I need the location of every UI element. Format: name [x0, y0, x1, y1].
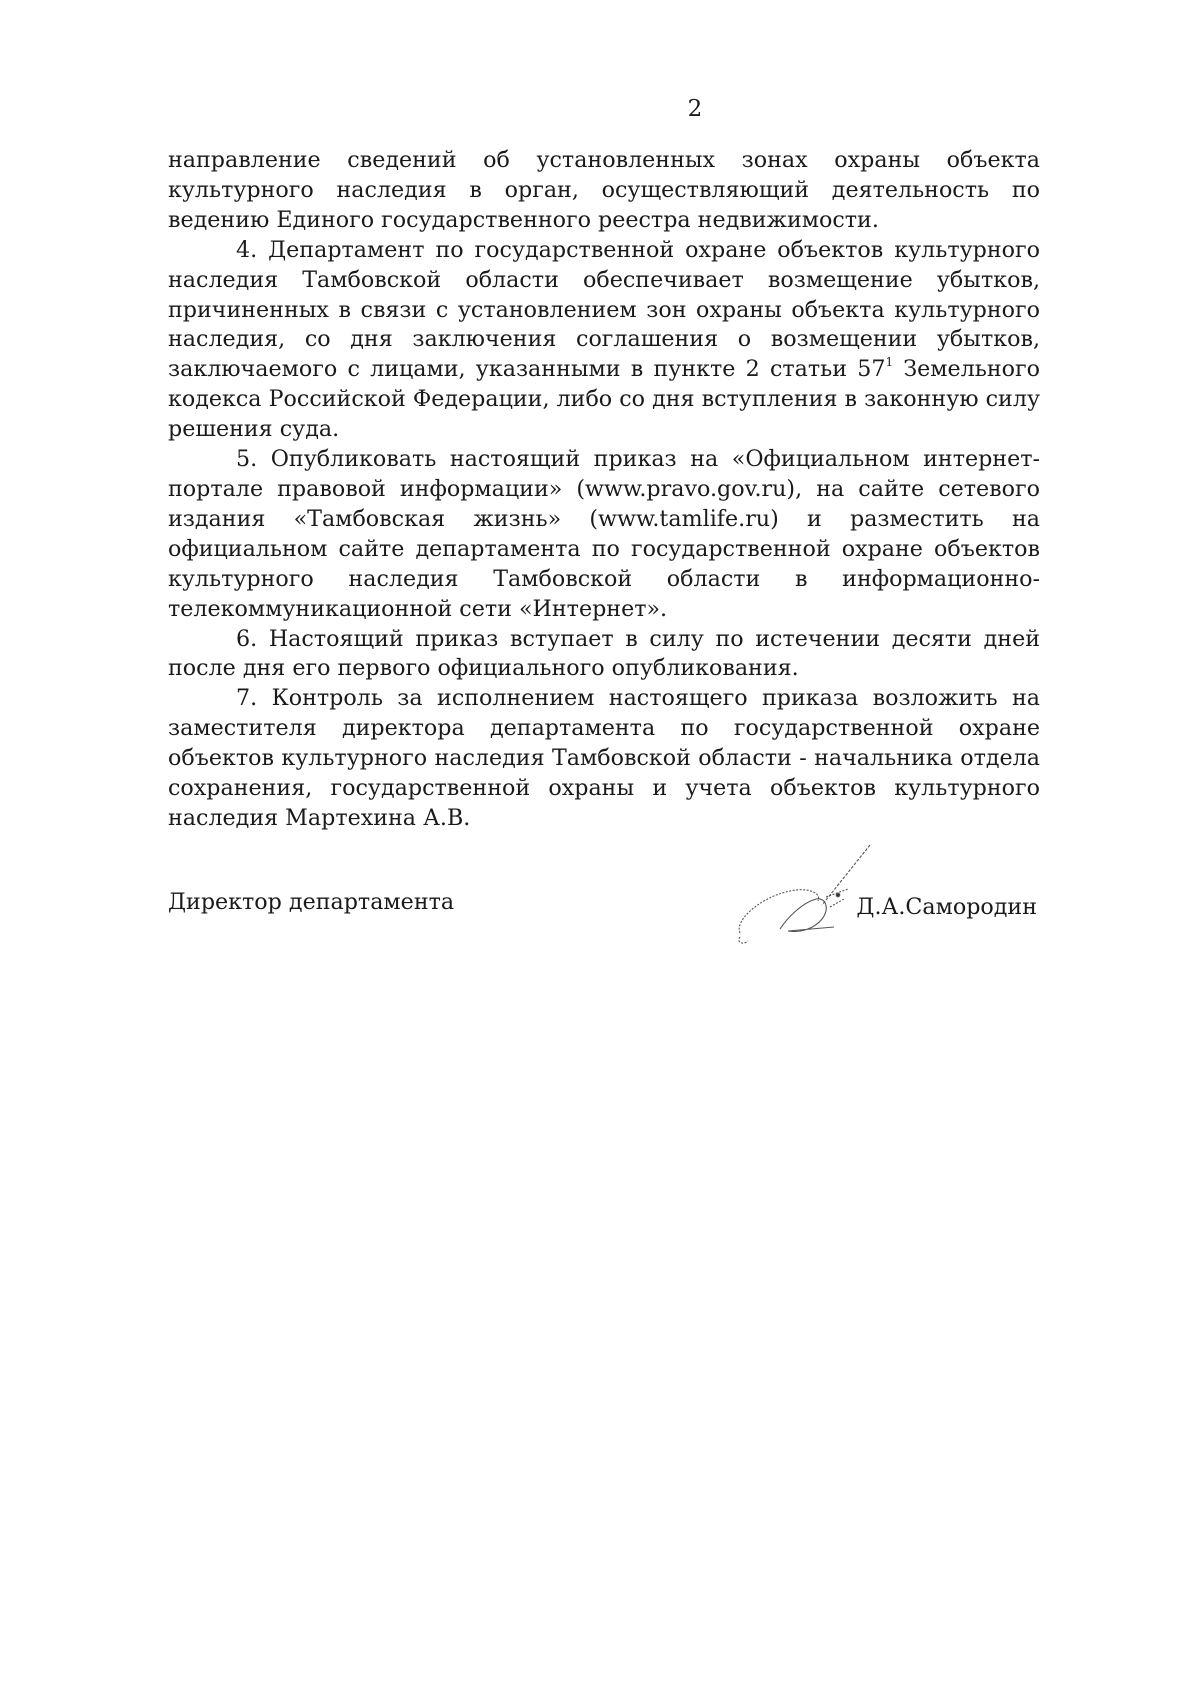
superscript: 1 — [885, 355, 893, 369]
paragraph-4: 4. Департамент по государственной охране… — [168, 236, 1040, 445]
signatory-title: Директор департамента — [168, 889, 454, 915]
paragraph-intro: направление сведений об установленных зо… — [168, 146, 1040, 236]
document-body: направление сведений об установленных зо… — [168, 146, 1040, 834]
paragraph-5: 5. Опубликовать настоящий приказ на «Офи… — [168, 445, 1040, 624]
paragraph-7: 7. Контроль за исполнением настоящего пр… — [168, 684, 1040, 834]
paragraph-6: 6. Настоящий приказ вступает в силу по и… — [168, 625, 1040, 685]
signatory-name: Д.А.Самородин — [856, 894, 1037, 920]
page-number: 2 — [0, 96, 1200, 122]
handwritten-signature-icon — [730, 837, 880, 947]
signature-block: Директор департамента Д.А.Самородин — [168, 885, 1040, 955]
